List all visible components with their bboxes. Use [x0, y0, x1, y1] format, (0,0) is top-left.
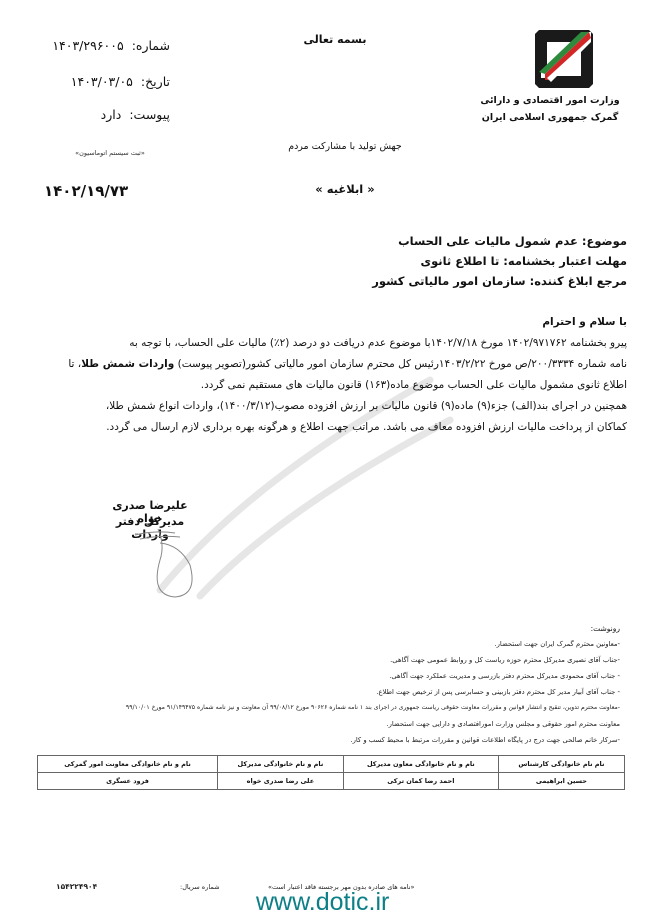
site-link[interactable]: www.dotic.ir — [256, 888, 389, 917]
letter-number-label: شماره: — [132, 38, 170, 53]
reference-number: ۱۴۰۲/۱۹/۷۳ — [44, 182, 128, 200]
highlight-gold-bullion: واردات شمش طلا — [81, 358, 174, 370]
subject-line: موضوع: عدم شمول مالیات علی الحساب — [207, 234, 627, 248]
handwritten-signature-icon — [130, 525, 200, 605]
validity-line: مهلت اعتبار بخشنامه: تا اطلاع ثانوی — [207, 254, 627, 268]
body-line: همچنین در اجرای بند(الف) جزء(۹) ماده(۹) … — [17, 396, 627, 417]
body-line: اطلاع ثانوی مشمول مالیات علی الحساب موضو… — [17, 375, 627, 396]
table-header-cell: نام و نام خانوادگی مدیرکل — [218, 756, 344, 773]
table-header-cell: نام و نام خانوادگی معاونت امور گمرکی — [38, 756, 218, 773]
salutation: با سلام و احترام — [427, 316, 627, 328]
table-header-cell: نام نام خانوادگی کارشناس — [498, 756, 624, 773]
cc-title: رونوشت: — [591, 624, 620, 633]
table-header-row: نام نام خانوادگی کارشناس نام و نام خانوا… — [38, 756, 625, 773]
bismillah-heading: بسمه تعالی — [300, 33, 370, 46]
cc-line: - جناب آقای آبیار مدیر کل محترم دفتر باز… — [376, 688, 620, 696]
table-row: حسین ابراهیمی احمد رضا کمان ترکی علی رضا… — [38, 773, 625, 790]
automation-note: «ثبت سیستم اتوماسیون» — [70, 149, 150, 157]
ministry-name: وزارت امور اقتصادی و دارائی — [470, 95, 630, 106]
letter-date-label: تاریخ: — [141, 74, 170, 89]
cc-line: -معاونین محترم گمرک ایران جهت استحضار. — [494, 640, 620, 648]
table-cell: علی رضا صدری خواه — [218, 773, 344, 790]
cc-line: -جناب آقای نصیری مدیرکل محترم حوزه ریاست… — [390, 656, 620, 664]
attachment-value: دارد — [101, 107, 122, 122]
slogan: جهش تولید با مشارکت مردم — [285, 141, 405, 152]
body-paragraph-2: همچنین در اجرای بند(الف) جزء(۹) ماده(۹) … — [17, 396, 627, 438]
authority-line: مرجع ابلاغ کننده: سازمان امور مالیاتی کش… — [207, 274, 627, 288]
customs-name: گمرک جمهوری اسلامی ایران — [470, 112, 630, 123]
letter-number: شماره: ۱۴۰۳/۲۹۶۰۰۵ — [52, 38, 170, 53]
cc-line: -معاونت محترم تدوین، تنقیح و انتشار قوان… — [126, 704, 620, 711]
attachment-label: پیوست: — [129, 107, 170, 122]
letter-date-value: ۱۴۰۳/۰۳/۰۵ — [71, 74, 133, 89]
notice-title: « ابلاغیه » — [300, 182, 390, 196]
customs-logo-icon — [533, 28, 595, 90]
letter-attachment: پیوست: دارد — [101, 107, 170, 122]
table-header-cell: نام و نام خانوادگی معاون مدیرکل — [343, 756, 498, 773]
letter-date: تاریخ: ۱۴۰۳/۰۳/۰۵ — [71, 74, 170, 89]
table-cell: فرود عسگری — [38, 773, 218, 790]
body-line: کماکان از پرداخت مالیات ارزش افزوده معاف… — [17, 417, 627, 438]
body-line: نامه شماره ۲۰۰/۳۳۳۴/ص مورخ ۱۴۰۳/۲/۲۲رئیس… — [17, 354, 627, 375]
body-line: پیرو بخشنامه ۱۴۰۲/۹۷۱۷۶۲ مورخ ۱۴۰۲/۷/۱۸ب… — [17, 333, 627, 354]
approvals-table: نام نام خانوادگی کارشناس نام و نام خانوا… — [37, 755, 625, 790]
table-cell: احمد رضا کمان ترکی — [343, 773, 498, 790]
serial-label: شماره سریال: — [180, 883, 220, 891]
cc-line: -سرکار خانم صالحی جهت درج در پایگاه اطلا… — [350, 736, 620, 744]
cc-line: معاونت محترم امور حقوقی و مجلس وزارت امو… — [386, 720, 620, 728]
cc-line: - جناب آقای محمودی مدیرکل محترم دفتر باز… — [389, 672, 620, 680]
serial-value: ۱۵۴۲۲۴۹۰۴ — [56, 882, 97, 891]
body-paragraph-1: پیرو بخشنامه ۱۴۰۲/۹۷۱۷۶۲ مورخ ۱۴۰۲/۷/۱۸ب… — [17, 333, 627, 396]
table-cell: حسین ابراهیمی — [498, 773, 624, 790]
letter-number-value: ۱۴۰۳/۲۹۶۰۰۵ — [52, 38, 123, 53]
